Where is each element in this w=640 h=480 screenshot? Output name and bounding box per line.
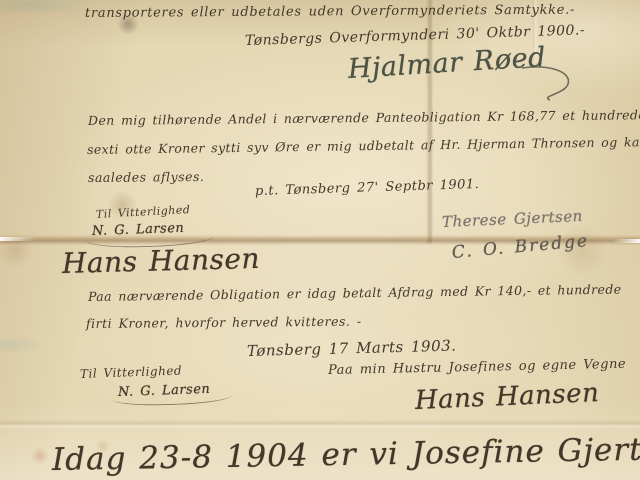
signature-flourish <box>520 62 580 102</box>
scanned-document-photo: transporteres eller udbetales uden Overf… <box>0 0 640 480</box>
receipt2-line2: firti Kroner, hvorfor herved kvitteres. … <box>86 314 362 331</box>
signature-hans-hansen-large: Hans Hansen <box>62 242 261 280</box>
receipt1-line3: saaledes aflyses. <box>88 169 204 185</box>
